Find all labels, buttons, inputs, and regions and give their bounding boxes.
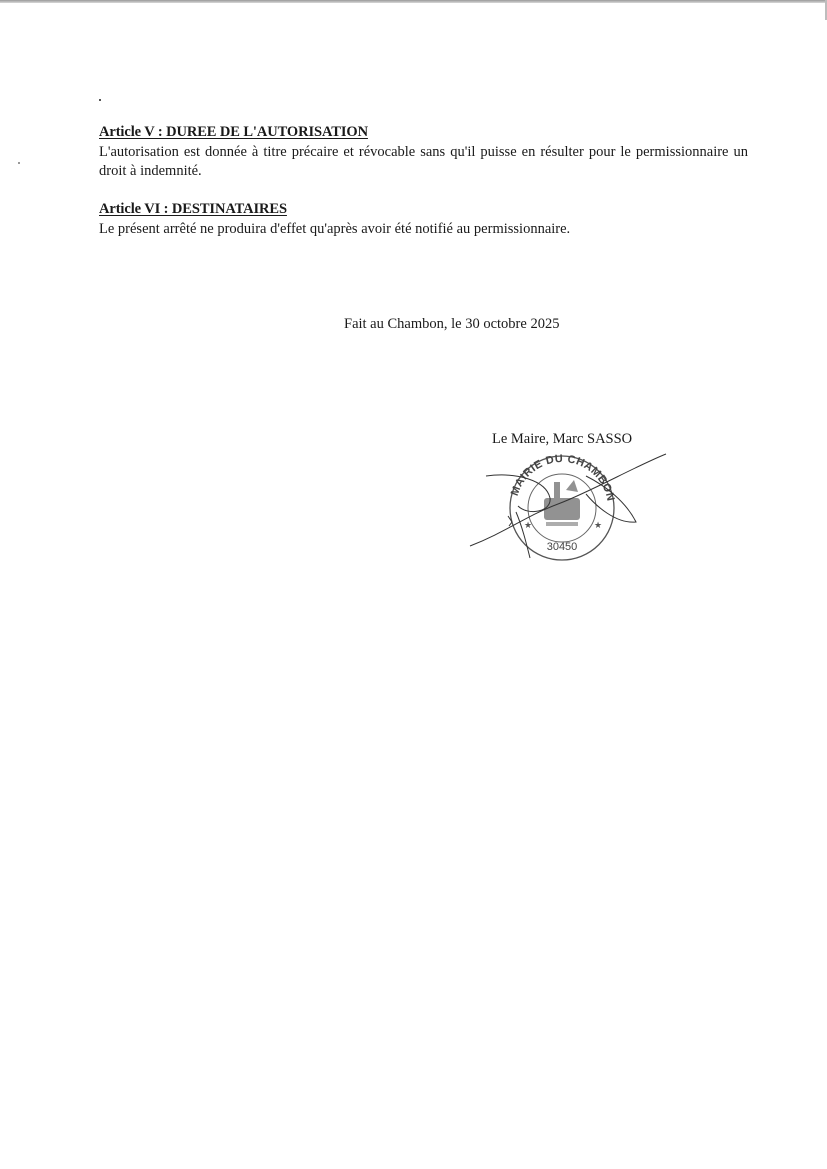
scan-top-edge [0, 0, 827, 3]
stamp-star-icon: ★ [524, 520, 532, 530]
official-stamp-and-signature: MAIRIE DU CHAMBON ★ ★ 30450 [466, 446, 676, 566]
article-6-heading: Article VI : DESTINATAIRES [99, 201, 287, 218]
scan-speck [18, 162, 20, 164]
stamp-postcode: 30450 [547, 541, 578, 553]
place-and-date: Fait au Chambon, le 30 octobre 2025 [344, 316, 559, 333]
signature-stroke-icon [470, 454, 666, 546]
article-5-heading: Article V : DUREE DE L'AUTORISATION [99, 124, 368, 141]
article-6-body: Le présent arrêté ne produira d'effet qu… [99, 220, 748, 239]
scan-speck [99, 99, 101, 101]
article-5-body: L'autorisation est donnée à titre précai… [99, 143, 748, 181]
stamp-star-icon: ★ [594, 520, 602, 530]
